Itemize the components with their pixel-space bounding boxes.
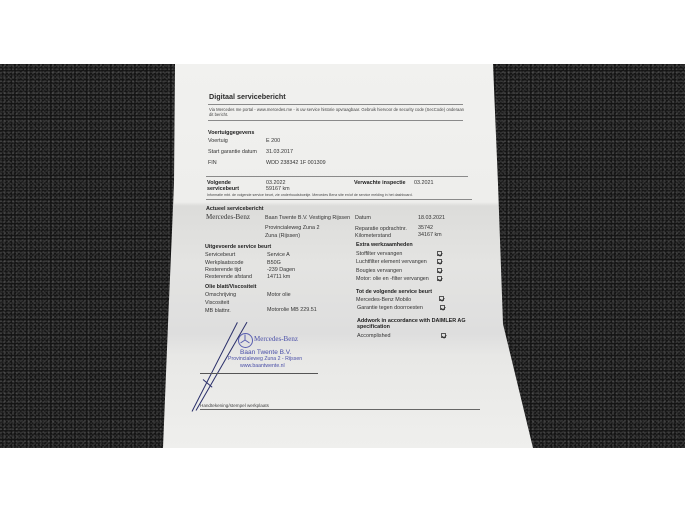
until-next-item: Mercedes-Benz Mobilo — [356, 297, 411, 303]
mercedes-benz-wordmark: Mercedes-Benz — [206, 213, 250, 221]
stamp-company: Baan Twente B.V. — [240, 349, 291, 356]
until-next-heading: Tot de volgende service beurt — [356, 289, 432, 295]
checkbox-checked — [437, 268, 442, 273]
extra-work-heading: Extra werkzaamheden — [356, 242, 413, 248]
mileage-label: Kilometerstand — [355, 233, 391, 239]
warranty-label: Start garantie datum — [208, 149, 257, 155]
dealer-city: Zuna (Rijssen) — [265, 233, 300, 239]
mercedes-star-icon — [238, 333, 253, 348]
dealer-street: Provincialeweg Zuna 2 — [265, 225, 320, 231]
signature-label: Handtekening/stempel werkplaats — [200, 403, 269, 408]
extra-work-item: Stoffilter vervangen — [356, 251, 402, 257]
next-service-label-2: servicebeurt — [207, 186, 239, 192]
current-report-heading: Actueel servicebericht — [206, 206, 264, 212]
vehicle-value: E 200 — [266, 138, 280, 144]
intro-text: Via Mercedes me portal - www.mercedes.me… — [209, 107, 464, 117]
inspection-label: Verwachte inspectie — [354, 180, 406, 186]
next-service-km: 59167 km — [266, 186, 290, 192]
divider — [208, 120, 463, 121]
vehicle-heading: Voertuiggegevens — [208, 130, 254, 136]
stamp-website: www.baantwente.nl — [240, 363, 285, 369]
checkbox-checked — [440, 305, 445, 310]
checkbox-checked — [439, 296, 444, 301]
order-label: Reparatie opdrachtnr. — [355, 226, 407, 232]
mileage-value: 34167 km — [418, 232, 442, 238]
oil-description-label: Omschrijving — [205, 292, 236, 298]
addwork-heading-2: specification — [357, 324, 390, 330]
order-value: 35742 — [418, 225, 433, 231]
service-type-label: Servicebeurt — [205, 252, 235, 258]
fin-label: FIN — [208, 160, 217, 166]
inspection-date: 03.2021 — [414, 180, 434, 186]
checkbox-checked — [437, 259, 442, 264]
extra-work-item: Motor: olie en -filter vervangen — [356, 276, 429, 282]
oil-heading: Olie blatt/Viscositeit — [205, 284, 256, 290]
date-value: 18.03.2021 — [418, 215, 445, 221]
next-service-note: Informatie mbt. de volgende service beur… — [207, 193, 413, 197]
viscosity-label: Viscositeit — [205, 300, 229, 306]
service-type-value: Service A — [267, 252, 290, 258]
extra-work-item: Luchtfilter element vervangen — [356, 259, 427, 265]
remaining-time-value: -239 Dagen — [267, 267, 295, 273]
mb-sheet-value: Motorolie MB 229.51 — [267, 307, 317, 313]
dealer-name: Baan Twente B.V. Vestiging Rijssen — [265, 215, 350, 221]
oil-description-value: Motor olie — [267, 292, 291, 298]
stamp-address: Provincialeweg Zuna 2 - Rijssen — [228, 356, 302, 362]
stamp-brand: Mercedes-Benz — [254, 335, 298, 343]
vehicle-label: Voertuig — [208, 138, 228, 144]
document-title: Digitaal servicebericht — [209, 92, 286, 101]
signature-line — [200, 373, 318, 374]
workshop-code-value: B50G — [267, 260, 281, 266]
extra-work-item: Bougies vervangen — [356, 268, 402, 274]
fin-value: WDD 238342 1F 001309 — [266, 160, 326, 166]
until-next-item: Garantie tegen doorroesten — [357, 305, 423, 311]
performed-service-heading: Uitgevoerde service beurt — [205, 244, 271, 250]
remaining-distance-value: 14711 km — [267, 274, 290, 280]
workshop-code-label: Werkplaatscode — [205, 260, 244, 266]
checkbox-checked — [437, 276, 442, 281]
remaining-time-label: Resterende tijd — [205, 267, 241, 273]
signature-line — [200, 409, 480, 410]
divider — [206, 176, 468, 177]
date-label: Datum — [355, 215, 371, 221]
signature-stroke — [192, 322, 238, 412]
addwork-item: Accomplished — [357, 333, 391, 339]
service-report-document: Digitaal servicebericht Via Mercedes me … — [0, 64, 685, 448]
divider — [206, 199, 472, 200]
checkbox-checked — [441, 333, 446, 338]
divider — [208, 104, 463, 105]
checkbox-checked — [437, 251, 442, 256]
photo-background-carpet: Digitaal servicebericht Via Mercedes me … — [0, 64, 685, 448]
warranty-value: 31.03.2017 — [266, 149, 293, 155]
mb-sheet-label: MB blattnr. — [205, 308, 231, 314]
remaining-distance-label: Resterende afstand — [205, 274, 252, 280]
